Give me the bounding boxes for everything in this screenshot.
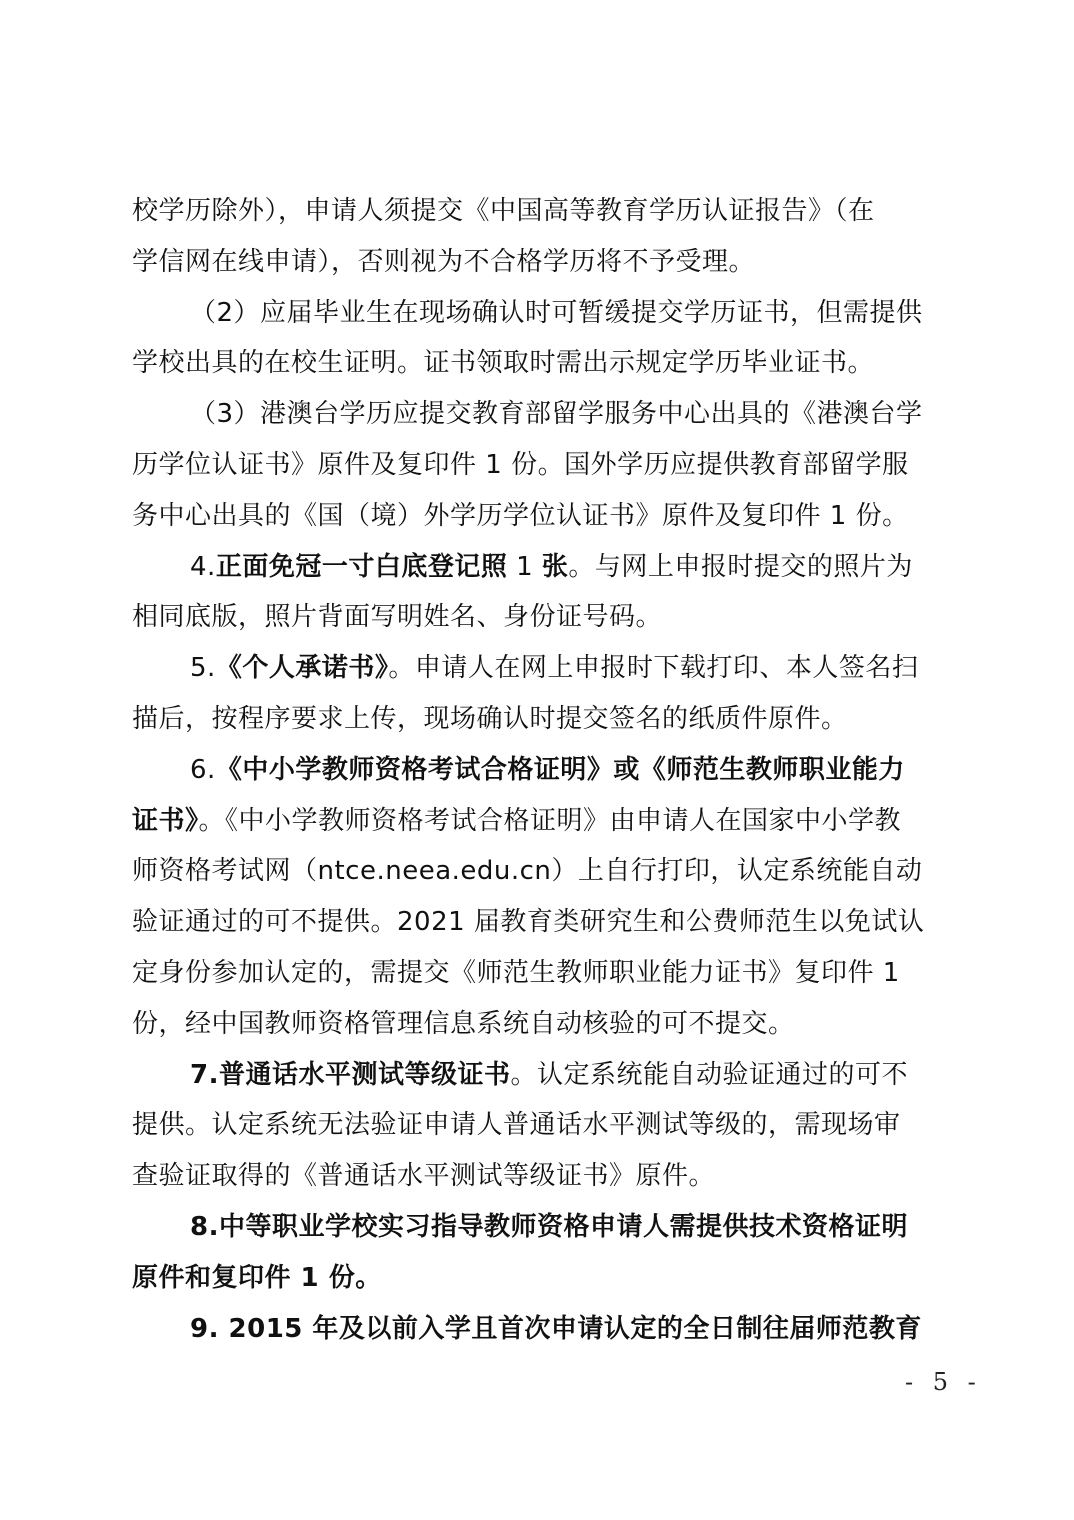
text-run: 历学位认证书》原件及复印件 1 份。国外学历应提供教育部留学服 — [132, 450, 909, 480]
text-line: 5.《个人承诺书》。申请人在网上申报时下载打印、本人签名扫 — [132, 643, 972, 694]
text-run: 1 — [507, 552, 542, 582]
text-run: 。与网上申报时提交的照片为 — [568, 552, 913, 582]
text-run: 6. — [190, 755, 216, 785]
text-run: 师资格考试网（ntce.neea.edu.cn）上自行打印，认定系统能自动 — [132, 856, 922, 886]
bold-text-run: 《个人承诺书》 — [216, 653, 389, 683]
text-line: 校学历除外），申请人须提交《中国高等教育学历认证报告》（在 — [132, 186, 972, 237]
bold-text-run: 9. 2015 年及以前入学且首次申请认定的全日制往届师范教育 — [190, 1314, 922, 1344]
text-line: 6.《中小学教师资格考试合格证明》或《师范生教师职业能力 — [132, 745, 972, 796]
text-run: 。《中小学教师资格考试合格证明》由申请人在国家中小学教 — [199, 806, 902, 836]
paragraph-education-cert: 校学历除外），申请人须提交《中国高等教育学历认证报告》（在 学信网在线申请），否… — [132, 186, 972, 288]
text-run: 验证通过的可不提供。2021 届教育类研究生和公费师范生以免试认 — [132, 907, 924, 937]
text-run: 描后，按程序要求上传，现场确认时提交签名的纸质件原件。 — [132, 704, 848, 734]
text-run: 定身份参加认定的，需提交《师范生教师职业能力证书》复印件 1 — [132, 958, 900, 988]
text-line: 师资格考试网（ntce.neea.edu.cn）上自行打印，认定系统能自动 — [132, 846, 972, 897]
text-line: 份，经中国教师资格管理信息系统自动核验的可不提交。 — [132, 999, 972, 1050]
text-line: （3）港澳台学历应提交教育部留学服务中心出具的《港澳台学 — [132, 389, 972, 440]
text-line: 9. 2015 年及以前入学且首次申请认定的全日制往届师范教育 — [132, 1304, 972, 1355]
text-line: 学校出具的在校生证明。证书领取时需出示规定学历毕业证书。 — [132, 338, 972, 389]
bold-text-run: 张 — [542, 552, 569, 582]
text-run: （3）港澳台学历应提交教育部留学服务中心出具的《港澳台学 — [190, 399, 923, 429]
text-line: 查验证取得的《普通话水平测试等级证书》原件。 — [132, 1151, 972, 1202]
document-body: 校学历除外），申请人须提交《中国高等教育学历认证报告》（在 学信网在线申请），否… — [132, 186, 972, 1354]
text-run: 。申请人在网上申报时下载打印、本人签名扫 — [388, 653, 918, 683]
text-line: 历学位认证书》原件及复印件 1 份。国外学历应提供教育部留学服 — [132, 440, 972, 491]
text-line: 提供。认定系统无法验证申请人普通话水平测试等级的，需现场审 — [132, 1100, 972, 1151]
text-run: 。认定系统能自动验证通过的可不 — [510, 1060, 908, 1090]
paragraph-item-4: 4.正面免冠一寸白底登记照 1 张。与网上申报时提交的照片为 相同底版，照片背面… — [132, 542, 972, 644]
text-line: 8.中等职业学校实习指导教师资格申请人需提供技术资格证明 — [132, 1202, 972, 1253]
text-run: 学信网在线申请），否则视为不合格学历将不予受理。 — [132, 247, 755, 277]
bold-text-run: 7.普通话水平测试等级证书 — [190, 1060, 510, 1090]
paragraph-item-5: 5.《个人承诺书》。申请人在网上申报时下载打印、本人签名扫 描后，按程序要求上传… — [132, 643, 972, 745]
text-run: 相同底版，照片背面写明姓名、身份证号码。 — [132, 602, 662, 632]
paragraph-item-3-2: （2）应届毕业生在现场确认时可暂缓提交学历证书，但需提供 学校出具的在校生证明。… — [132, 288, 972, 390]
text-run: 学校出具的在校生证明。证书领取时需出示规定学历毕业证书。 — [132, 348, 874, 378]
text-line: 4.正面免冠一寸白底登记照 1 张。与网上申报时提交的照片为 — [132, 542, 972, 593]
text-run: 务中心出具的《国（境）外学历学位认证书》原件及复印件 1 份。 — [132, 501, 909, 531]
text-line: 7.普通话水平测试等级证书。认定系统能自动验证通过的可不 — [132, 1050, 972, 1101]
paragraph-item-8: 8.中等职业学校实习指导教师资格申请人需提供技术资格证明 原件和复印件 1 份。 — [132, 1202, 972, 1304]
page-number: - 5 - — [905, 1368, 982, 1396]
paragraph-item-9: 9. 2015 年及以前入学且首次申请认定的全日制往届师范教育 — [132, 1304, 972, 1355]
text-line: 描后，按程序要求上传，现场确认时提交签名的纸质件原件。 — [132, 694, 972, 745]
text-run: 5. — [190, 653, 216, 683]
bold-text-run: 原件和复印件 1 份。 — [132, 1263, 382, 1293]
text-line: 定身份参加认定的，需提交《师范生教师职业能力证书》复印件 1 — [132, 948, 972, 999]
text-line: 验证通过的可不提供。2021 届教育类研究生和公费师范生以免试认 — [132, 897, 972, 948]
text-run: 份，经中国教师资格管理信息系统自动核验的可不提交。 — [132, 1009, 795, 1039]
bold-text-run: 证书》 — [132, 806, 199, 836]
bold-text-run: 《中小学教师资格考试合格证明》或《师范生教师职业能力 — [216, 755, 905, 785]
text-line: （2）应届毕业生在现场确认时可暂缓提交学历证书，但需提供 — [132, 288, 972, 339]
text-run: 4. — [190, 552, 216, 582]
text-run: （2）应届毕业生在现场确认时可暂缓提交学历证书，但需提供 — [190, 298, 923, 328]
text-line: 务中心出具的《国（境）外学历学位认证书》原件及复印件 1 份。 — [132, 491, 972, 542]
paragraph-item-7: 7.普通话水平测试等级证书。认定系统能自动验证通过的可不 提供。认定系统无法验证… — [132, 1050, 972, 1202]
text-line: 学信网在线申请），否则视为不合格学历将不予受理。 — [132, 237, 972, 288]
text-run: 校学历除外），申请人须提交《中国高等教育学历认证报告》（在 — [132, 196, 875, 226]
text-line: 相同底版，照片背面写明姓名、身份证号码。 — [132, 592, 972, 643]
text-run: 提供。认定系统无法验证申请人普通话水平测试等级的，需现场审 — [132, 1110, 901, 1140]
text-run: 查验证取得的《普通话水平测试等级证书》原件。 — [132, 1161, 715, 1191]
bold-text-run: 正面免冠一寸白底登记照 — [216, 552, 508, 582]
bold-text-run: 8.中等职业学校实习指导教师资格申请人需提供技术资格证明 — [190, 1212, 908, 1242]
text-line: 原件和复印件 1 份。 — [132, 1253, 972, 1304]
text-line: 证书》。《中小学教师资格考试合格证明》由申请人在国家中小学教 — [132, 796, 972, 847]
paragraph-item-3-3: （3）港澳台学历应提交教育部留学服务中心出具的《港澳台学 历学位认证书》原件及复… — [132, 389, 972, 541]
paragraph-item-6: 6.《中小学教师资格考试合格证明》或《师范生教师职业能力 证书》。《中小学教师资… — [132, 745, 972, 1050]
